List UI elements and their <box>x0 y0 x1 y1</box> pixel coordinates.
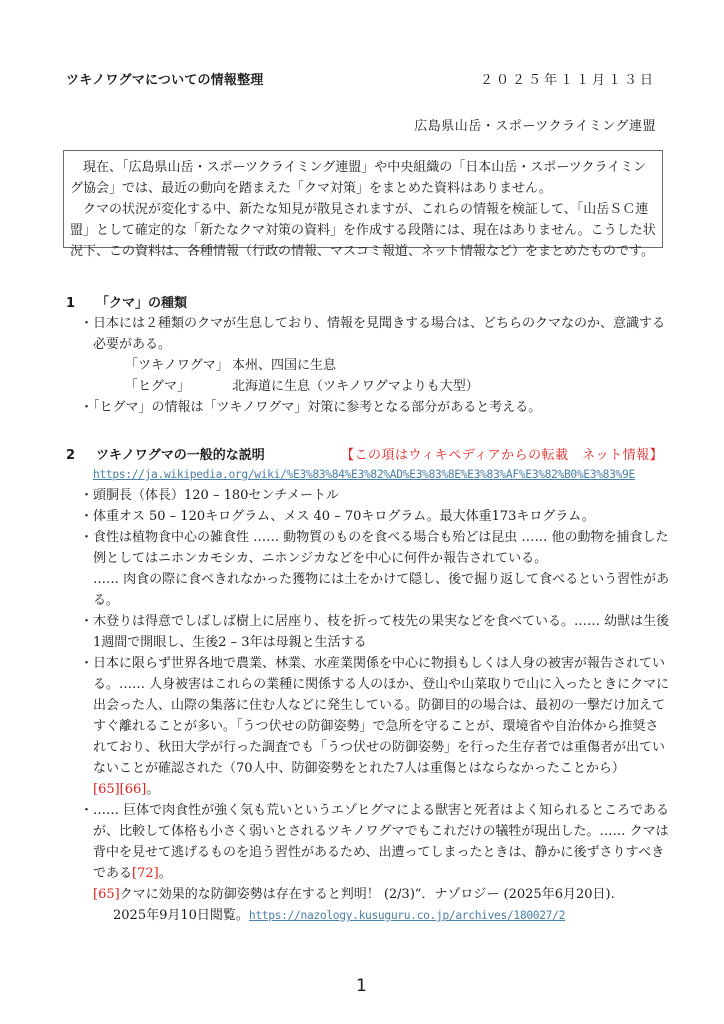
bullet-continuation: …… 肉食の際に食べきれなかった獲物には土をかけて隠し、後で掘り返して食べるとい… <box>80 569 670 611</box>
bullet-item: ・食性は植物食中心の雑食性 …… 動物質のものを食べる場合も殆どは昆虫 …… 他… <box>80 527 670 569</box>
species-name: 「ツキノワグマ」 <box>125 355 232 376</box>
punctuation: 。 <box>159 866 172 881</box>
intro-paragraph: クマの状況が変化する中、新たな知見が散見されますが、これらの情報を検証して、「山… <box>70 199 656 262</box>
wikipedia-link[interactable]: https://ja.wikipedia.org/wiki/%E3%83%84%… <box>93 468 635 481</box>
footnote-text: クマに効果的な防御姿勢は存在すると判明！ (2/3)”．ナゾロジー (2025年… <box>120 887 615 902</box>
document-page: ツキノワグマについての情報整理 ２０２５年１１月１３日 広島県山岳・スポーツクラ… <box>0 0 724 1024</box>
reference-link[interactable]: [65][66] <box>93 782 146 797</box>
bullet-item: ・頭胴長（体長）120 – 180センチメートル <box>80 485 670 506</box>
species-row: 「ヒグマ」 北海道に生息（ツキノワグマよりも大型） <box>80 376 670 397</box>
section-title: 「クマ」の種類 <box>96 296 187 311</box>
bullet-item: ・日本には２種類のクマが生息しており、情報を見聞きする場合は、どちらのクマなのか… <box>80 313 670 355</box>
species-habitat: 北海道に生息（ツキノワグマよりも大型） <box>232 376 479 397</box>
species-name: 「ヒグマ」 <box>125 376 232 397</box>
section-2-body: https://ja.wikipedia.org/wiki/%E3%83%84%… <box>80 464 670 926</box>
organization-name: 広島県山岳・スポーツクライミング連盟 <box>414 115 656 134</box>
reference-link[interactable]: [72] <box>132 866 159 881</box>
document-title: ツキノワグマについての情報整理 <box>66 69 263 88</box>
nazology-link[interactable]: https://nazology.kusuguru.co.jp/archives… <box>249 909 565 922</box>
bullet-item: ・木登りは得意でしばしば樹上に居座り、枝を折って枝先の果実などを食べている。……… <box>80 611 670 653</box>
species-row: 「ツキノワグマ」 本州、四国に生息 <box>80 355 670 376</box>
footnote-ref: [65] <box>93 887 120 902</box>
document-date: ２０２５年１１月１３日 <box>480 69 656 88</box>
section-1-heading: 1「クマ」の種類 <box>66 292 187 311</box>
page-number: 1 <box>356 976 367 996</box>
section-1-body: ・日本には２種類のクマが生息しており、情報を見聞きする場合は、どちらのクマなのか… <box>80 313 670 418</box>
bullet-item: ・日本に限らず世界各地で農業、林業、水産業関係を中心に物損もしくは人身の被害が報… <box>80 653 670 800</box>
punctuation: 。 <box>146 782 159 797</box>
bullet-text: ・日本に限らず世界各地で農業、林業、水産業関係を中心に物損もしくは人身の被害が報… <box>80 656 669 776</box>
bullet-item: ・「ヒグマ」の情報は「ツキノワグマ」対策に参考となる部分があると考える。 <box>80 397 670 418</box>
section-2-heading: 2ツキノワグマの一般的な説明 <box>66 444 265 463</box>
section-number: 2 <box>66 448 96 463</box>
intro-box: 現在、「広島県山岳・スポーツクライミング連盟」や中央組織の「日本山岳・スポーツク… <box>63 150 663 248</box>
section-title: ツキノワグマの一般的な説明 <box>96 448 265 463</box>
species-habitat: 本州、四国に生息 <box>232 355 336 376</box>
footnote: [65]クマに効果的な防御姿勢は存在すると判明！ (2/3)”．ナゾロジー (2… <box>80 884 670 926</box>
intro-paragraph: 現在、「広島県山岳・スポーツクライミング連盟」や中央組織の「日本山岳・スポーツク… <box>70 157 656 199</box>
bullet-item: ・…… 巨体で肉食性が強く気も荒いというエゾヒグマによる獣害と死者はよく知られる… <box>80 800 670 884</box>
footnote-accessed: 2025年9月10日閲覧。 <box>93 908 249 923</box>
section-number: 1 <box>66 296 96 311</box>
bullet-item: ・体重オス 50 – 120キログラム、メス 40 – 70キログラム。最大体重… <box>80 506 670 527</box>
source-note: 【この項はウィキペディアからの転載 ネット情報】 <box>341 444 663 463</box>
